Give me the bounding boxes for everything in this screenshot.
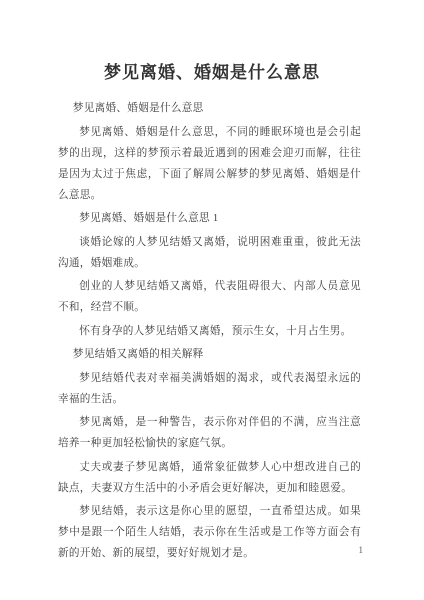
paragraph: 谈婚论嫁的人梦见结婚又离婚，说明困难重重，彼此无法沟通，婚姻难成。 bbox=[58, 232, 361, 274]
paragraph: 梦见离婚，是一种警告，表示你对伴侣的不满，应当注意培养一种更加轻松愉快的家庭气氛… bbox=[58, 412, 361, 454]
paragraph: 怀有身孕的人梦见结婚又离婚，预示生女，十月占生男。 bbox=[58, 321, 361, 342]
paragraph: 梦见结婚，表示这是你心里的愿望，一直希望达成。如果梦中是跟一个陌生人结婚，表示你… bbox=[58, 501, 361, 564]
paragraph: 梦见结婚代表对幸福美满婚姻的渴求，或代表渴望永远的幸福的生活。 bbox=[58, 368, 361, 410]
paragraph: 丈夫或妻子梦见离婚，通常象征做梦人心中想改进自己的缺点，夫妻双方生活中的小矛盾会… bbox=[58, 457, 361, 499]
page-title: 梦见离婚、婚姻是什么意思 bbox=[0, 0, 424, 85]
paragraph: 梦见离婚、婚姻是什么意思，不同的睡眠环境也是会引起梦的出现，这样的梦预示着最近遇… bbox=[58, 122, 361, 206]
paragraph: 创业的人梦见结婚又离婚，代表阻碍很大、内部人员意见不和，经营不顺。 bbox=[58, 276, 361, 318]
section-subheading: 梦见离婚、婚姻是什么意思 bbox=[58, 98, 361, 119]
section-subheading: 梦见结婚又离婚的相关解释 bbox=[58, 344, 361, 365]
document-body: 梦见离婚、婚姻是什么意思梦见离婚、婚姻是什么意思，不同的睡眠环境也是会引起梦的出… bbox=[58, 98, 361, 564]
document-page: 梦见离婚、婚姻是什么意思 梦见离婚、婚姻是什么意思梦见离婚、婚姻是什么意思，不同… bbox=[0, 0, 424, 600]
page-number: 1 bbox=[359, 545, 364, 555]
paragraph: 梦见离婚、婚姻是什么意思 1 bbox=[58, 208, 361, 229]
